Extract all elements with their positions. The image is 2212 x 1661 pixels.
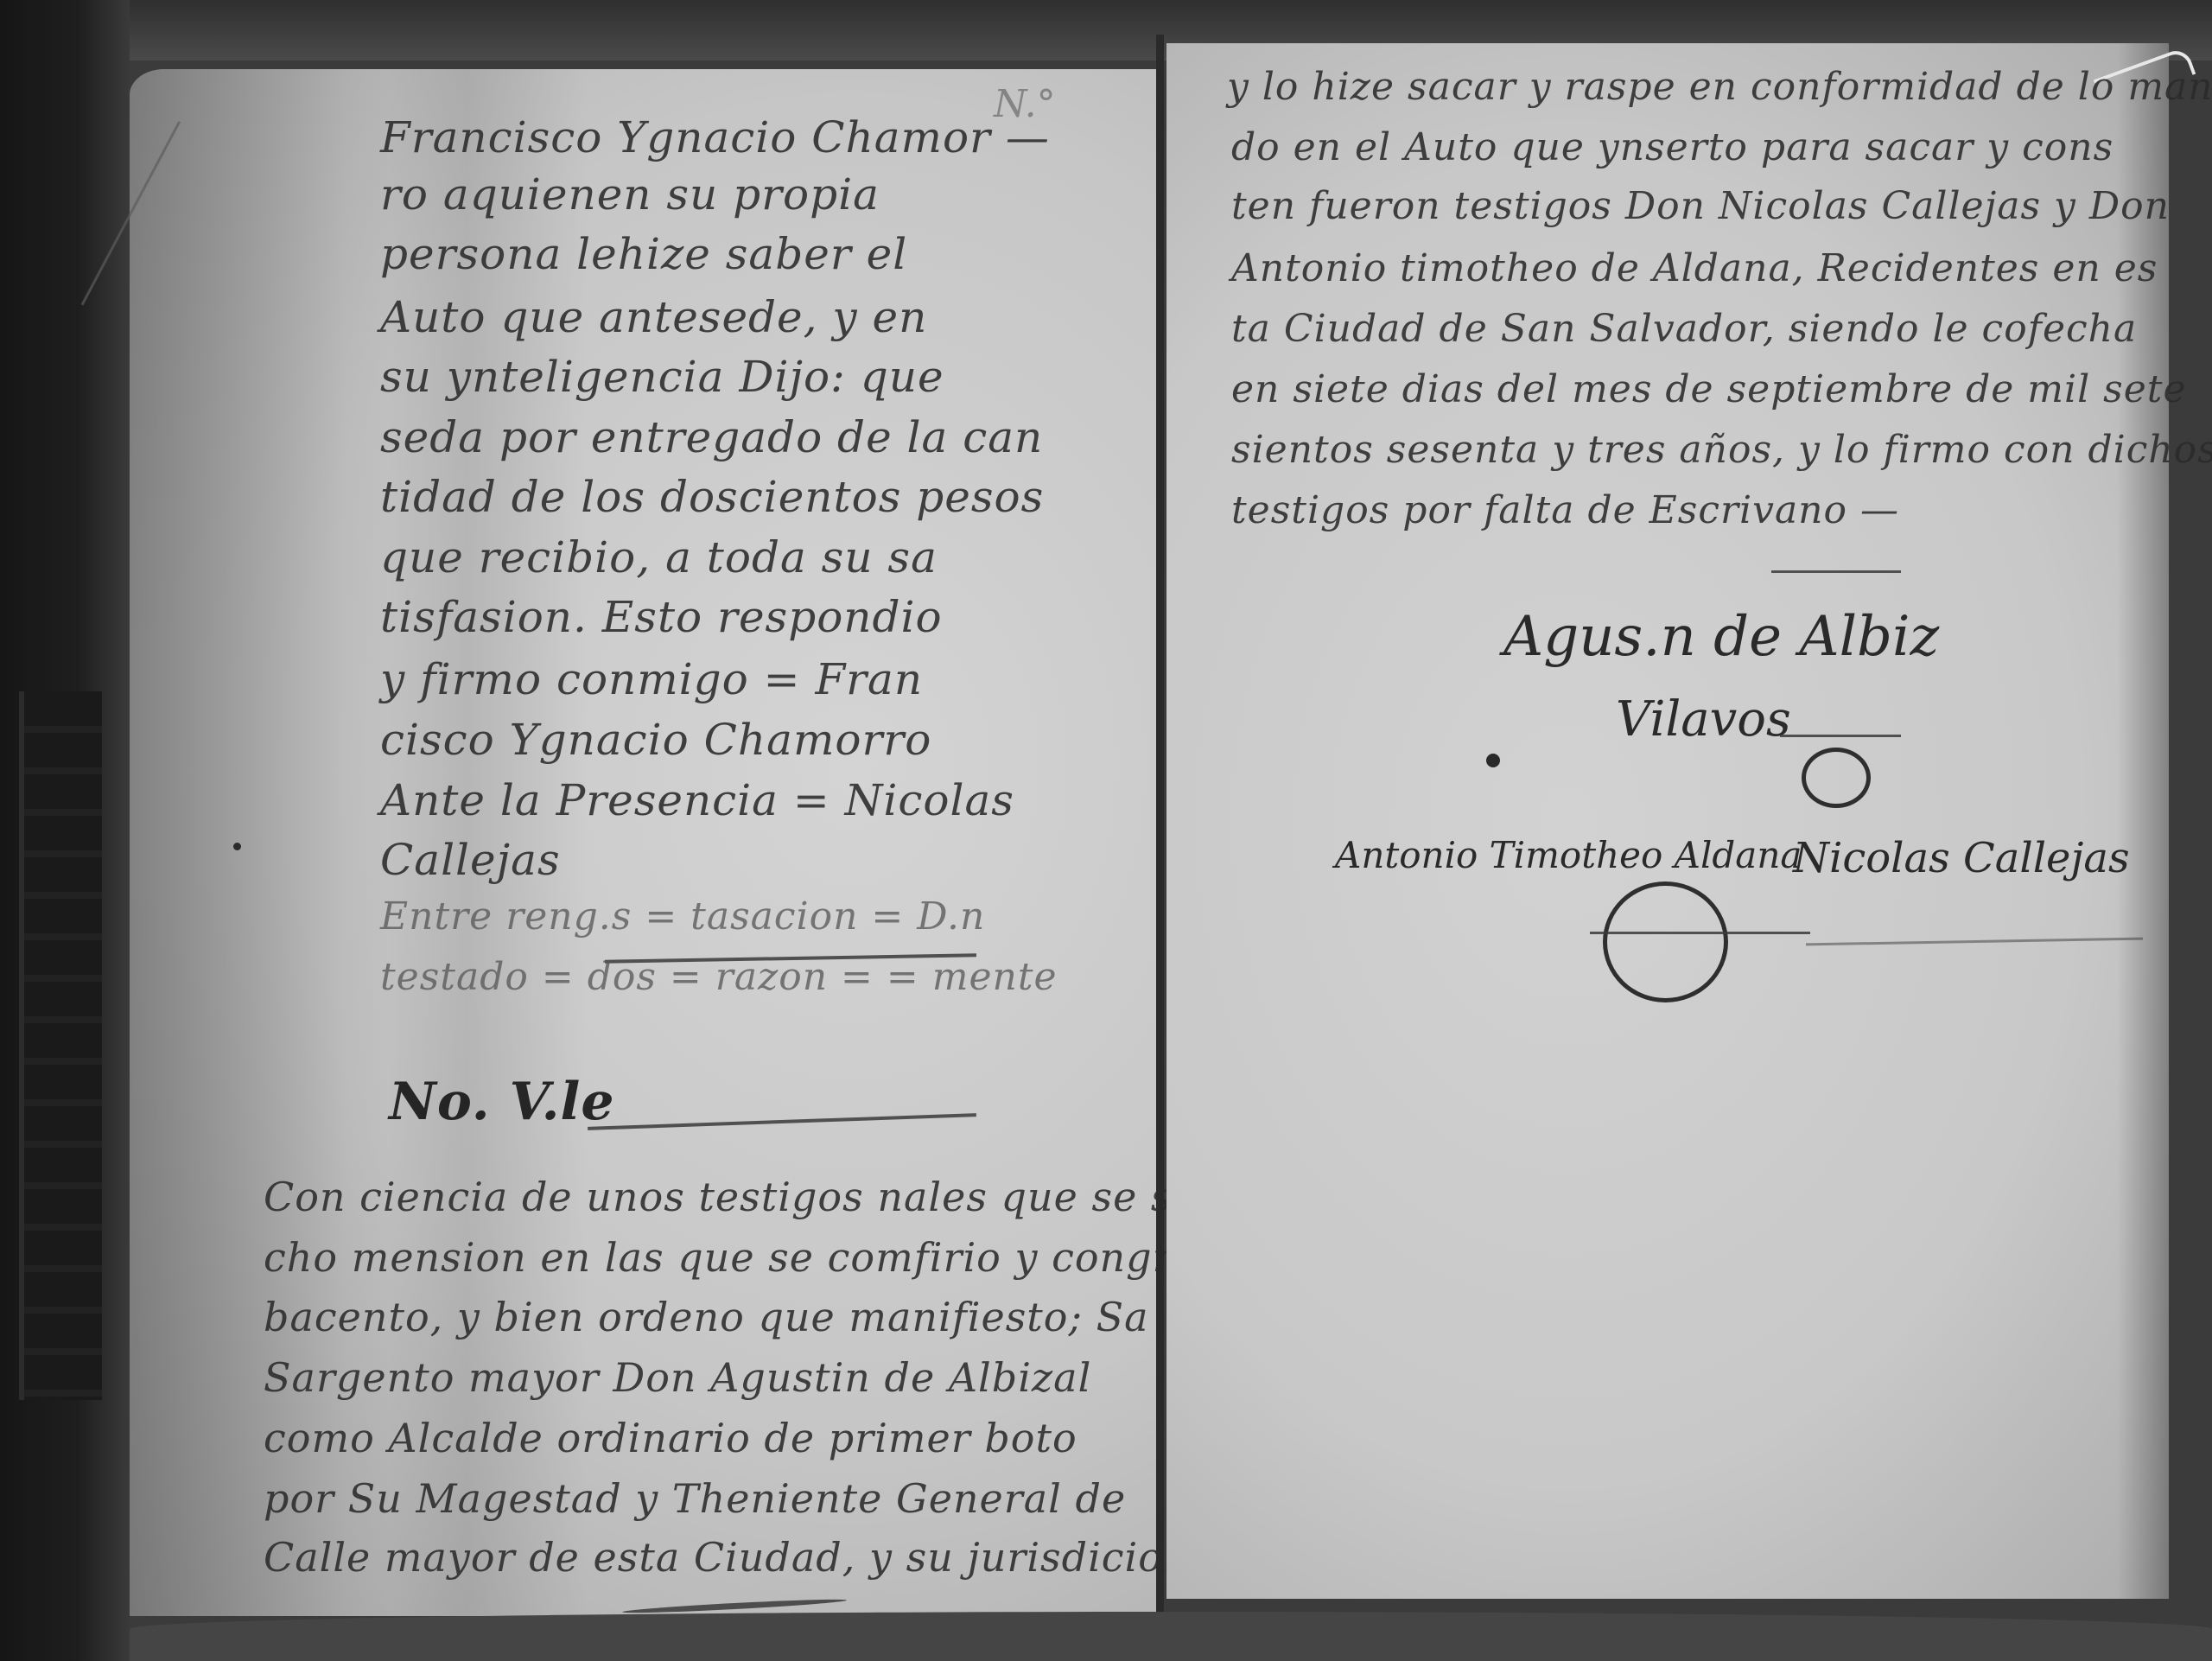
ink-dot: [233, 843, 241, 850]
text-line: Callejas: [380, 835, 561, 885]
text-line: Auto que antesede, y en: [380, 292, 927, 342]
spine-label: [19, 691, 102, 1400]
text-line: bacento, y bien ordeno que manifiesto; S…: [264, 1294, 1149, 1340]
text-line: Francisco Ygnacio Chamor —: [380, 112, 1050, 162]
text-line: y lo hize sacar y raspe en conformidad d…: [1227, 65, 2212, 109]
text-line: ten fueron testigos Don Nicolas Callejas…: [1231, 184, 2170, 228]
text-line: Entre reng.s = tasacion = D.n: [380, 894, 985, 939]
signature-witness-callejas: Nicolas Callejas: [1793, 834, 2130, 882]
text-line: persona lehize saber el: [380, 229, 907, 279]
text-line: cho mension en las que se comfirio y con…: [264, 1234, 1197, 1281]
signature-alcalde-surname: Vilavos: [1616, 691, 1791, 748]
text-line: tisfasion. Esto respondio: [380, 592, 943, 642]
rubric-stroke: [1780, 735, 1901, 737]
text-line: ta Ciudad de San Salvador, siendo le cof…: [1231, 307, 2137, 351]
text-line: que recibio, a toda su sa: [380, 532, 938, 582]
text-line: do en el Auto que ynserto para sacar y c…: [1231, 125, 2113, 169]
text-line: su ynteligencia Dijo: que: [380, 352, 944, 402]
rubric-loop: [1802, 748, 1871, 808]
rubric-circle: [1603, 881, 1728, 1002]
rubric-line: [1590, 932, 1810, 934]
scan-bottom-border: [130, 1612, 2212, 1661]
text-line: cisco Ygnacio Chamorro: [380, 715, 931, 765]
text-line: por Su Magestad y Theniente General de: [264, 1475, 1126, 1522]
text-line: sientos sesenta y tres años, y lo firmo …: [1231, 428, 2212, 472]
text-line: testado = dos = razon = = mente: [380, 955, 1058, 999]
text-line: seda por entregado de la can: [380, 412, 1043, 462]
line-ender: [1771, 570, 1901, 573]
text-line: Ante la Presencia = Nicolas: [380, 775, 1014, 825]
text-line: como Alcalde ordinario de primer boto: [264, 1415, 1077, 1461]
text-line: Calle mayor de esta Ciudad, y su jurisdi…: [264, 1534, 1190, 1581]
text-line: tidad de los doscientos pesos: [380, 472, 1044, 522]
text-line: Antonio timotheo de Aldana, Recidentes e…: [1231, 246, 2158, 290]
text-line: testigos por falta de Escrivano —: [1231, 488, 1899, 532]
text-line: en siete dias del mes de septiembre de m…: [1231, 367, 2187, 411]
rubric-mark: No. V.le: [389, 1072, 615, 1132]
text-line: y firmo conmigo = Fran: [380, 654, 923, 704]
text-line: Sargento mayor Don Agustin de Albizal: [264, 1354, 1091, 1401]
signature-alcalde: Agus.n de Albiz: [1503, 605, 1939, 669]
page-gutter: [1156, 35, 1164, 1618]
ink-dot: [1486, 754, 1500, 767]
signature-witness-aldana: Antonio Timotheo Aldana: [1335, 834, 1802, 876]
text-line: ro aquienen su propia: [380, 169, 880, 220]
